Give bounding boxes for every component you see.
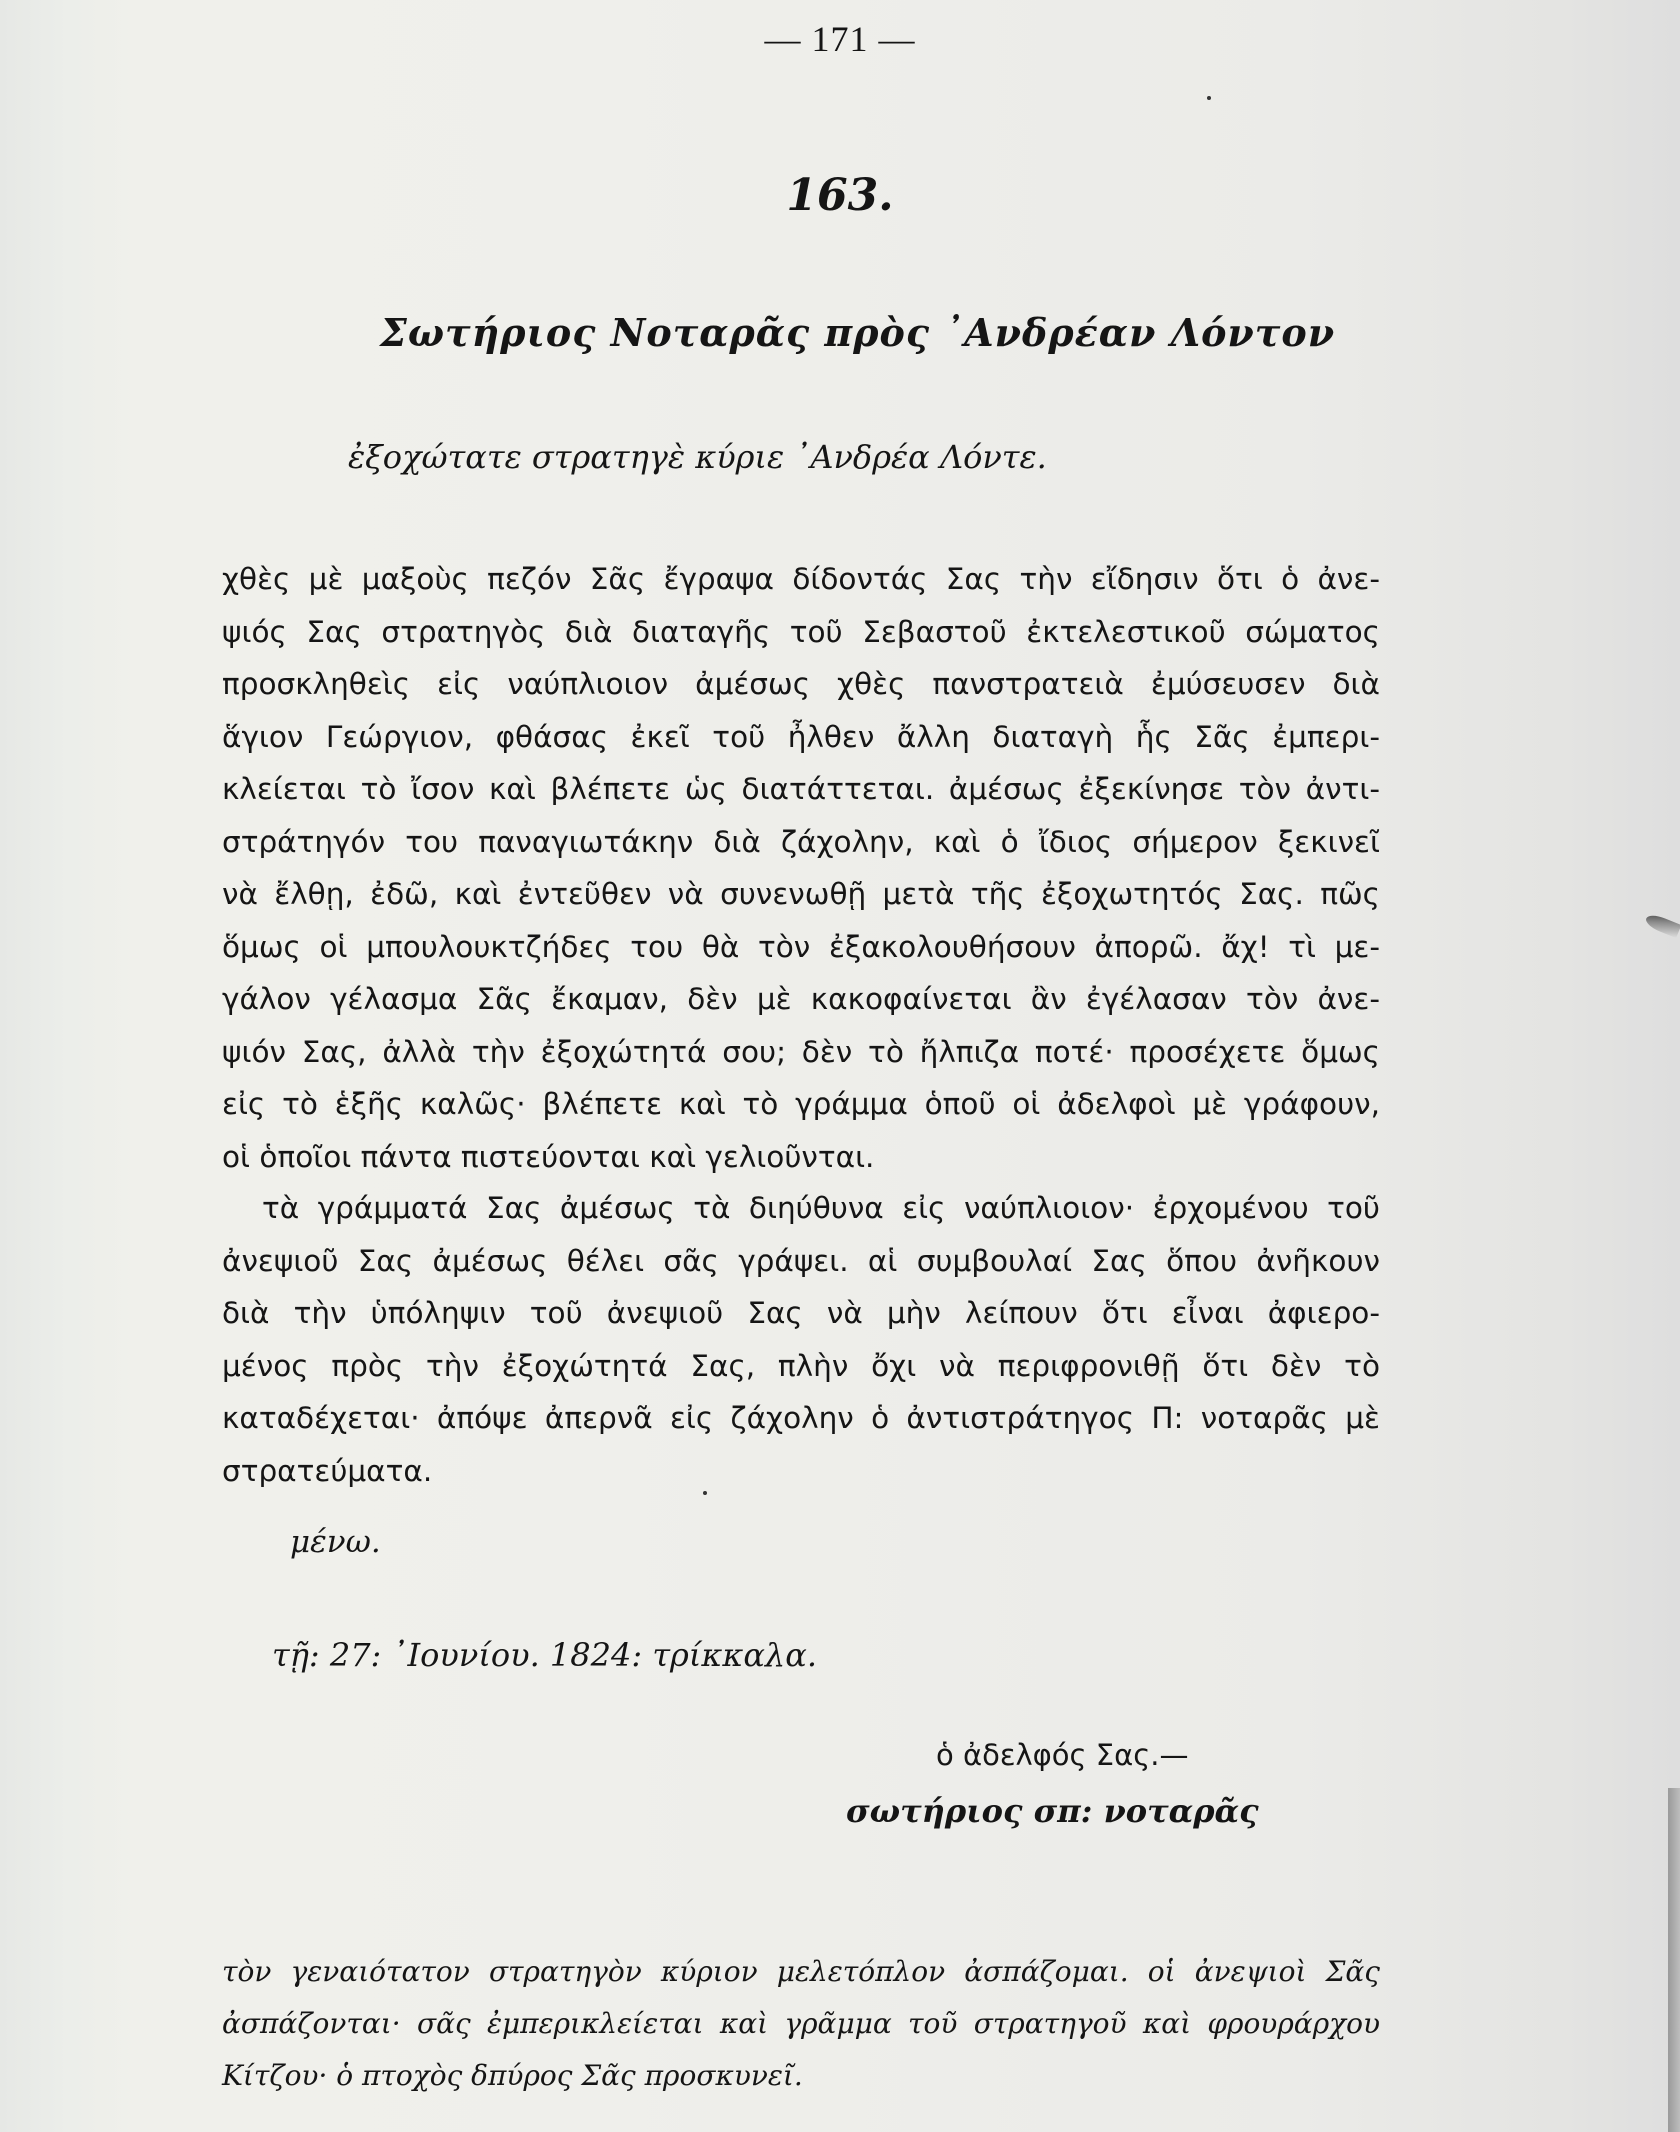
letter-salutation: ἐξοχώτατε στρατηγὲ κύριε ᾿Ανδρέα Λόντε. xyxy=(348,438,1047,476)
letter-title: Σωτήριος Νοταρᾶς πρὸς ᾿Ανδρέαν Λόντον xyxy=(380,310,1335,355)
text-line: ψιόν Σας, ἀλλὰ τὴν ἐξοχώτητά σου; δὲν τὸ… xyxy=(222,1026,1380,1079)
text-line: νὰ ἔλθῃ, ἐδῶ, καὶ ἐντεῦθεν νὰ συνενωθῇ μ… xyxy=(222,868,1380,921)
text-line: ἀνεψιοῦ Σας ἀμέσως θέλει σᾶς γράψει. αἱ … xyxy=(222,1235,1380,1288)
text-line: προσκληθεὶς εἰς ναύπλιοιον ἀμέσως χθὲς π… xyxy=(222,658,1380,711)
text-line: μένος πρὸς τὴν ἐξοχώτητά Σας, πλὴν ὄχι ν… xyxy=(222,1340,1380,1393)
letter-paragraph-1: χθὲς μὲ μαξοὺς πεζόν Σᾶς ἔγραψα δίδοντάς… xyxy=(222,553,1380,1183)
letter-dateline: τῇ: 27: ᾿Ιουνίου. 1824: τρίκκαλα. xyxy=(272,1636,817,1674)
text-line: τὸν γεναιότατον στρατηγὸν κύριον μελετόπ… xyxy=(222,1946,1380,1998)
scan-page-edge-mark xyxy=(1644,912,1680,938)
page-number: — 171 — xyxy=(0,18,1680,60)
text-line: γάλον γέλασμα Σᾶς ἔκαμαν, δὲν μὲ κακοφαί… xyxy=(222,973,1380,1026)
document-number: 163. xyxy=(0,170,1680,221)
scanned-book-page: — 171 — 163. Σωτήριος Νοταρᾶς πρὸς ᾿Ανδρ… xyxy=(0,0,1680,2132)
text-line: χθὲς μὲ μαξοὺς πεζόν Σᾶς ἔγραψα δίδοντάς… xyxy=(222,553,1380,606)
text-line: στρατεύματα. xyxy=(222,1445,1380,1498)
text-line: κλείεται τὸ ἴσον καὶ βλέπετε ὡς διατάττε… xyxy=(222,763,1380,816)
scan-speck xyxy=(1207,96,1211,100)
text-line: καταδέχεται· ἀπόψε ἀπερνᾶ εἰς ζάχολην ὁ … xyxy=(222,1392,1380,1445)
closing-word: μένω. xyxy=(290,1524,381,1560)
text-line: διὰ τὴν ὑπόληψιν τοῦ ἀνεψιοῦ Σας νὰ μὴν … xyxy=(222,1287,1380,1340)
text-line: τὰ γράμματά Σας ἀμέσως τὰ διηύθυνα εἰς ν… xyxy=(222,1182,1380,1235)
text-line: εἰς τὸ ἑξῆς καλῶς· βλέπετε καὶ τὸ γράμμα… xyxy=(222,1078,1380,1131)
scan-page-edge-shadow xyxy=(1668,1788,1680,2132)
text-line: ψιός Σας στρατηγὸς διὰ διαταγῆς τοῦ Σεβα… xyxy=(222,606,1380,659)
signature-relation: ὁ ἀδελφός Σας.— xyxy=(936,1738,1188,1772)
text-line: Κίτζου· ὁ πτοχὸς δπύρος Σᾶς προσκυνεῖ. xyxy=(222,2050,1380,2102)
text-line: ἅγιον Γεώργιον, φθάσας ἐκεῖ τοῦ ἦλθεν ἄλ… xyxy=(222,711,1380,764)
text-line: ἀσπάζονται· σᾶς ἐμπερικλείεται καὶ γρᾶμμ… xyxy=(222,1998,1380,2050)
signature-name: σωτήριος σπ: νοταρᾶς xyxy=(846,1792,1259,1830)
text-line: οἱ ὁποῖοι πάντα πιστεύονται καὶ γελιοῦντ… xyxy=(222,1131,1380,1184)
letter-postscript: τὸν γεναιότατον στρατηγὸν κύριον μελετόπ… xyxy=(222,1946,1380,2102)
text-line: στράτηγόν του παναγιωτάκην διὰ ζάχολην, … xyxy=(222,816,1380,869)
text-line: ὅμως οἱ μπουλουκτζήδες του θὰ τὸν ἐξακολ… xyxy=(222,921,1380,974)
letter-paragraph-2: τὰ γράμματά Σας ἀμέσως τὰ διηύθυνα εἰς ν… xyxy=(222,1182,1380,1497)
scan-speck xyxy=(703,1491,707,1495)
